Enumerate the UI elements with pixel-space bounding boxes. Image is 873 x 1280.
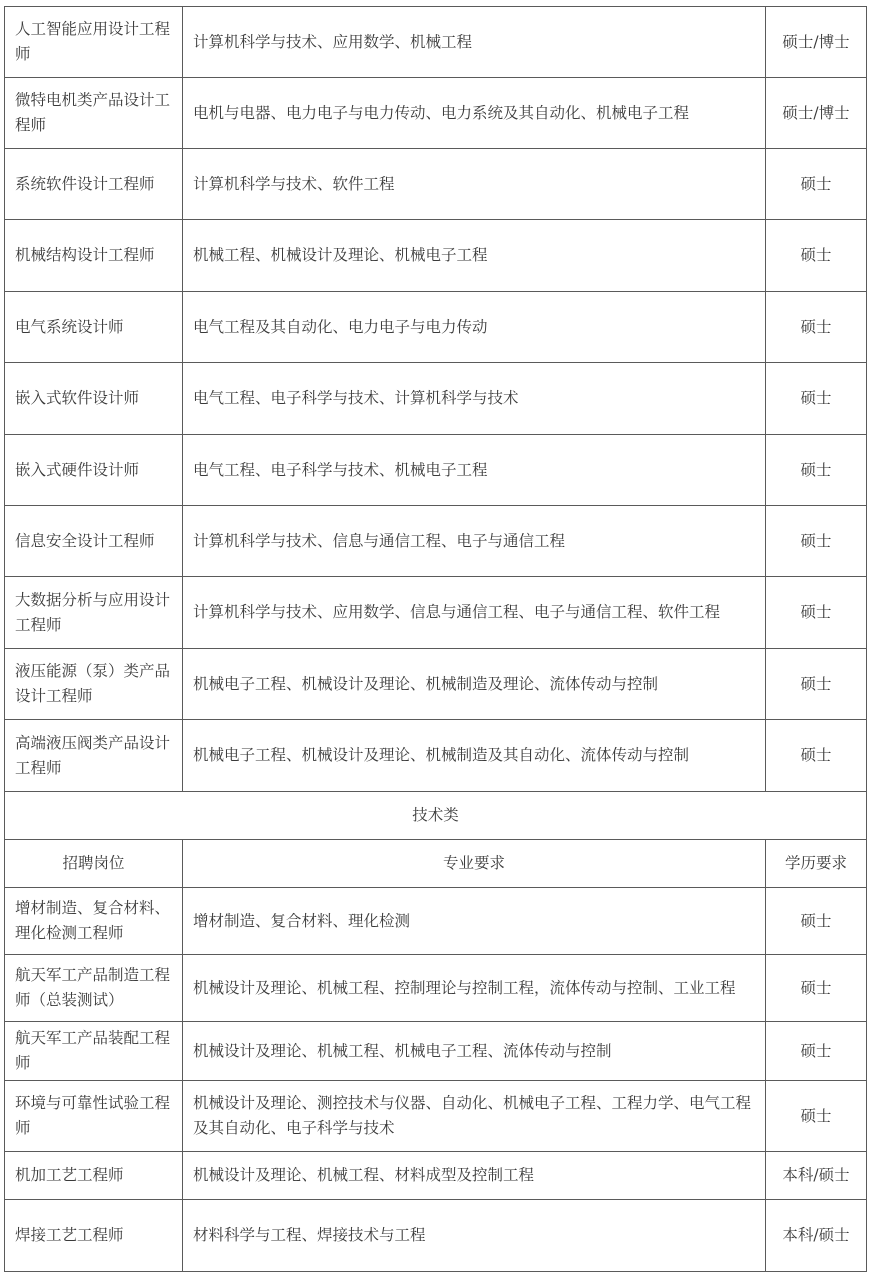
position-cell: 高端液压阀类产品设计工程师 — [5, 720, 183, 792]
table-row: 机加工艺工程师机械设计及理论、机械工程、材料成型及控制工程本科/硕士 — [5, 1152, 867, 1200]
table-row: 航天军工产品制造工程师（总装测试）机械设计及理论、机械工程、控制理论与控制工程，… — [5, 955, 867, 1022]
major-cell: 材料科学与工程、焊接技术与工程 — [183, 1200, 766, 1272]
degree-cell: 硕士 — [766, 1081, 867, 1152]
table-row: 机械结构设计工程师机械工程、机械设计及理论、机械电子工程硕士 — [5, 220, 867, 292]
degree-cell: 硕士 — [766, 649, 867, 720]
major-cell: 机械设计及理论、测控技术与仪器、自动化、机械电子工程、工程力学、电气工程及其自动… — [183, 1081, 766, 1152]
position-cell: 嵌入式硬件设计师 — [5, 435, 183, 506]
major-cell: 电气工程、电子科学与技术、机械电子工程 — [183, 435, 766, 506]
table-row: 微特电机类产品设计工程师电机与电器、电力电子与电力传动、电力系统及其自动化、机械… — [5, 78, 867, 149]
table-row: 环境与可靠性试验工程师机械设计及理论、测控技术与仪器、自动化、机械电子工程、工程… — [5, 1081, 867, 1152]
major-cell: 电机与电器、电力电子与电力传动、电力系统及其自动化、机械电子工程 — [183, 78, 766, 149]
degree-cell: 本科/硕士 — [766, 1200, 867, 1272]
degree-cell: 本科/硕士 — [766, 1152, 867, 1200]
degree-cell: 硕士 — [766, 149, 867, 220]
table-row: 高端液压阀类产品设计工程师机械电子工程、机械设计及理论、机械制造及其自动化、流体… — [5, 720, 867, 792]
degree-cell: 硕士 — [766, 720, 867, 792]
table-row: 大数据分析与应用设计工程师计算机科学与技术、应用数学、信息与通信工程、电子与通信… — [5, 577, 867, 649]
degree-cell: 硕士 — [766, 955, 867, 1022]
major-cell: 机械电子工程、机械设计及理论、机械制造及理论、流体传动与控制 — [183, 649, 766, 720]
major-cell: 机械设计及理论、机械工程、材料成型及控制工程 — [183, 1152, 766, 1200]
section-title: 技术类 — [5, 792, 867, 840]
table-row: 焊接工艺工程师材料科学与工程、焊接技术与工程本科/硕士 — [5, 1200, 867, 1272]
position-cell: 液压能源（泵）类产品设计工程师 — [5, 649, 183, 720]
major-cell: 电气工程及其自动化、电力电子与电力传动 — [183, 292, 766, 363]
position-cell: 航天军工产品制造工程师（总装测试） — [5, 955, 183, 1022]
table-row: 增材制造、复合材料、理化检测工程师增材制造、复合材料、理化检测硕士 — [5, 888, 867, 955]
header-major: 专业要求 — [183, 840, 766, 888]
table-row: 嵌入式软件设计师电气工程、电子科学与技术、计算机科学与技术硕士 — [5, 363, 867, 435]
position-cell: 航天军工产品装配工程师 — [5, 1022, 183, 1081]
table-row: 航天军工产品装配工程师机械设计及理论、机械工程、机械电子工程、流体传动与控制硕士 — [5, 1022, 867, 1081]
major-cell: 增材制造、复合材料、理化检测 — [183, 888, 766, 955]
position-cell: 电气系统设计师 — [5, 292, 183, 363]
major-cell: 机械设计及理论、机械工程、控制理论与控制工程，流体传动与控制、工业工程 — [183, 955, 766, 1022]
position-cell: 焊接工艺工程师 — [5, 1200, 183, 1272]
header-degree: 学历要求 — [766, 840, 867, 888]
major-cell: 计算机科学与技术、信息与通信工程、电子与通信工程 — [183, 506, 766, 577]
table-row: 嵌入式硬件设计师电气工程、电子科学与技术、机械电子工程硕士 — [5, 435, 867, 506]
header-position: 招聘岗位 — [5, 840, 183, 888]
section-header-row: 技术类 — [5, 792, 867, 840]
major-cell: 机械电子工程、机械设计及理论、机械制造及其自动化、流体传动与控制 — [183, 720, 766, 792]
major-cell: 计算机科学与技术、应用数学、信息与通信工程、电子与通信工程、软件工程 — [183, 577, 766, 649]
major-cell: 电气工程、电子科学与技术、计算机科学与技术 — [183, 363, 766, 435]
degree-cell: 硕士 — [766, 363, 867, 435]
degree-cell: 硕士 — [766, 888, 867, 955]
position-cell: 增材制造、复合材料、理化检测工程师 — [5, 888, 183, 955]
major-cell: 计算机科学与技术、应用数学、机械工程 — [183, 7, 766, 78]
position-cell: 系统软件设计工程师 — [5, 149, 183, 220]
position-cell: 嵌入式软件设计师 — [5, 363, 183, 435]
degree-cell: 硕士 — [766, 506, 867, 577]
position-cell: 微特电机类产品设计工程师 — [5, 78, 183, 149]
degree-cell: 硕士/博士 — [766, 7, 867, 78]
degree-cell: 硕士 — [766, 292, 867, 363]
recruitment-table: 人工智能应用设计工程师计算机科学与技术、应用数学、机械工程硕士/博士微特电机类产… — [4, 6, 867, 1272]
major-cell: 机械设计及理论、机械工程、机械电子工程、流体传动与控制 — [183, 1022, 766, 1081]
degree-cell: 硕士 — [766, 220, 867, 292]
degree-cell: 硕士 — [766, 577, 867, 649]
position-cell: 机械结构设计工程师 — [5, 220, 183, 292]
position-cell: 信息安全设计工程师 — [5, 506, 183, 577]
table-row: 人工智能应用设计工程师计算机科学与技术、应用数学、机械工程硕士/博士 — [5, 7, 867, 78]
table-row: 系统软件设计工程师计算机科学与技术、软件工程硕士 — [5, 149, 867, 220]
table-row: 液压能源（泵）类产品设计工程师机械电子工程、机械设计及理论、机械制造及理论、流体… — [5, 649, 867, 720]
position-cell: 人工智能应用设计工程师 — [5, 7, 183, 78]
table-row: 电气系统设计师电气工程及其自动化、电力电子与电力传动硕士 — [5, 292, 867, 363]
position-cell: 机加工艺工程师 — [5, 1152, 183, 1200]
position-cell: 大数据分析与应用设计工程师 — [5, 577, 183, 649]
column-header-row: 招聘岗位 专业要求 学历要求 — [5, 840, 867, 888]
degree-cell: 硕士/博士 — [766, 78, 867, 149]
degree-cell: 硕士 — [766, 435, 867, 506]
major-cell: 机械工程、机械设计及理论、机械电子工程 — [183, 220, 766, 292]
degree-cell: 硕士 — [766, 1022, 867, 1081]
table-row: 信息安全设计工程师计算机科学与技术、信息与通信工程、电子与通信工程硕士 — [5, 506, 867, 577]
position-cell: 环境与可靠性试验工程师 — [5, 1081, 183, 1152]
major-cell: 计算机科学与技术、软件工程 — [183, 149, 766, 220]
